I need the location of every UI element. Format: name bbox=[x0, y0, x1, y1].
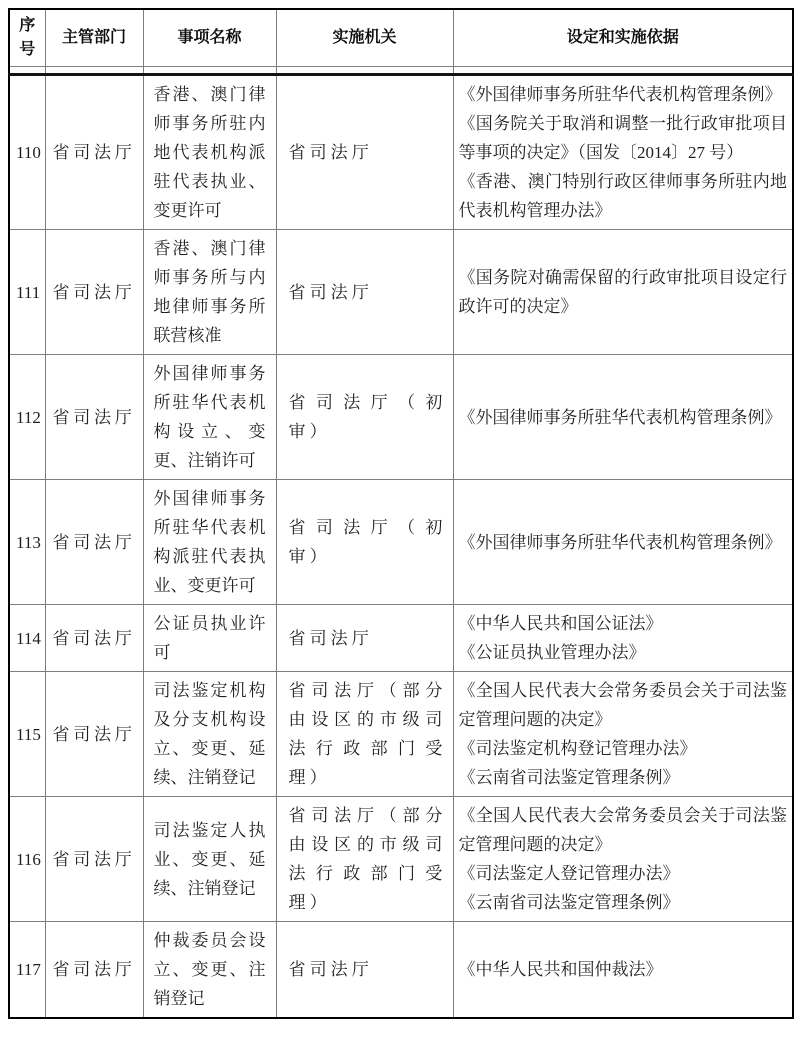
cell-no: 117 bbox=[9, 922, 45, 1019]
table-row: 115省司法厅司法鉴定机构及分支机构设立、变更、延续、注销登记省司法厅（部分由设… bbox=[9, 672, 793, 797]
table-row: 111省司法厅香港、澳门律师事务所与内地律师事务所联营核准省司法厅《国务院对确需… bbox=[9, 230, 793, 355]
header-row: 序号 主管部门 事项名称 实施机关 设定和实施依据 bbox=[9, 9, 793, 67]
cell-dept: 省司法厅 bbox=[45, 672, 143, 797]
basis-law-line: 《外国律师事务所驻华代表机构管理条例》 bbox=[459, 80, 788, 109]
cell-name: 司法鉴定机构及分支机构设立、变更、延续、注销登记 bbox=[143, 672, 276, 797]
cell-dept: 省司法厅 bbox=[45, 75, 143, 230]
cell-dept: 省司法厅 bbox=[45, 480, 143, 605]
cell-basis: 《全国人民代表大会常务委员会关于司法鉴定管理问题的决定》《司法鉴定机构登记管理办… bbox=[453, 672, 793, 797]
cell-no: 115 bbox=[9, 672, 45, 797]
cell-agency: 省司法厅 bbox=[276, 605, 453, 672]
header-separator-row bbox=[9, 67, 793, 75]
basis-law-line: 《司法鉴定人登记管理办法》 bbox=[459, 859, 788, 888]
cell-no: 114 bbox=[9, 605, 45, 672]
separator-cell bbox=[143, 67, 276, 75]
table-body: 110省司法厅香港、澳门律师事务所驻内地代表机构派驻代表执业、变更许可省司法厅《… bbox=[9, 75, 793, 1019]
cell-name: 公证员执业许可 bbox=[143, 605, 276, 672]
basis-law-line: 《全国人民代表大会常务委员会关于司法鉴定管理问题的决定》 bbox=[459, 676, 788, 734]
table-row: 116省司法厅司法鉴定人执业、变更、延续、注销登记省司法厅（部分由设区的市级司法… bbox=[9, 797, 793, 922]
basis-law-line: 《司法鉴定机构登记管理办法》 bbox=[459, 734, 788, 763]
cell-name: 香港、澳门律师事务所与内地律师事务所联营核准 bbox=[143, 230, 276, 355]
table-row: 117省司法厅仲裁委员会设立、变更、注销登记省司法厅《中华人民共和国仲裁法》 bbox=[9, 922, 793, 1019]
table-row: 113省司法厅外国律师事务所驻华代表机构派驻代表执业、变更许可省司法厅（初审）《… bbox=[9, 480, 793, 605]
col-header-dept: 主管部门 bbox=[45, 9, 143, 67]
cell-name: 司法鉴定人执业、变更、延续、注销登记 bbox=[143, 797, 276, 922]
basis-law-line: 《云南省司法鉴定管理条例》 bbox=[459, 888, 788, 917]
basis-law-line: 《全国人民代表大会常务委员会关于司法鉴定管理问题的决定》 bbox=[459, 801, 788, 859]
cell-agency: 省司法厅 bbox=[276, 230, 453, 355]
cell-agency: 省司法厅 bbox=[276, 922, 453, 1019]
cell-agency: 省司法厅（部分由设区的市级司法行政部门受理） bbox=[276, 797, 453, 922]
cell-dept: 省司法厅 bbox=[45, 230, 143, 355]
basis-law-line: 《云南省司法鉴定管理条例》 bbox=[459, 763, 788, 792]
table-header: 序号 主管部门 事项名称 实施机关 设定和实施依据 bbox=[9, 9, 793, 75]
cell-no: 113 bbox=[9, 480, 45, 605]
table-row: 110省司法厅香港、澳门律师事务所驻内地代表机构派驻代表执业、变更许可省司法厅《… bbox=[9, 75, 793, 230]
table-row: 114省司法厅公证员执业许可省司法厅《中华人民共和国公证法》《公证员执业管理办法… bbox=[9, 605, 793, 672]
cell-no: 112 bbox=[9, 355, 45, 480]
separator-cell bbox=[453, 67, 793, 75]
basis-law-line: 《外国律师事务所驻华代表机构管理条例》 bbox=[459, 403, 788, 432]
table-row: 112省司法厅外国律师事务所驻华代表机构设立、变更、注销许可省司法厅（初审）《外… bbox=[9, 355, 793, 480]
basis-law-line: 《中华人民共和国公证法》 bbox=[459, 609, 788, 638]
cell-dept: 省司法厅 bbox=[45, 797, 143, 922]
basis-law-line: 《公证员执业管理办法》 bbox=[459, 638, 788, 667]
cell-dept: 省司法厅 bbox=[45, 922, 143, 1019]
basis-law-line: 《中华人民共和国仲裁法》 bbox=[459, 955, 788, 984]
cell-basis: 《中华人民共和国公证法》《公证员执业管理办法》 bbox=[453, 605, 793, 672]
basis-law-line: 《外国律师事务所驻华代表机构管理条例》 bbox=[459, 528, 788, 557]
cell-dept: 省司法厅 bbox=[45, 355, 143, 480]
cell-name: 外国律师事务所驻华代表机构派驻代表执业、变更许可 bbox=[143, 480, 276, 605]
cell-agency: 省司法厅（初审） bbox=[276, 480, 453, 605]
cell-no: 116 bbox=[9, 797, 45, 922]
cell-basis: 《外国律师事务所驻华代表机构管理条例》 bbox=[453, 480, 793, 605]
cell-basis: 《外国律师事务所驻华代表机构管理条例》《国务院关于取消和调整一批行政审批项目等事… bbox=[453, 75, 793, 230]
cell-basis: 《国务院对确需保留的行政审批项目设定行政许可的决定》 bbox=[453, 230, 793, 355]
cell-no: 110 bbox=[9, 75, 45, 230]
cell-basis: 《中华人民共和国仲裁法》 bbox=[453, 922, 793, 1019]
cell-agency: 省司法厅（初审） bbox=[276, 355, 453, 480]
cell-dept: 省司法厅 bbox=[45, 605, 143, 672]
approval-items-table: 序号 主管部门 事项名称 实施机关 设定和实施依据 110省司法厅香港、澳门律师… bbox=[8, 8, 794, 1019]
col-header-name: 事项名称 bbox=[143, 9, 276, 67]
cell-no: 111 bbox=[9, 230, 45, 355]
basis-law-line: 《国务院对确需保留的行政审批项目设定行政许可的决定》 bbox=[459, 263, 788, 321]
cell-agency: 省司法厅 bbox=[276, 75, 453, 230]
col-header-agency: 实施机关 bbox=[276, 9, 453, 67]
cell-name: 外国律师事务所驻华代表机构设立、变更、注销许可 bbox=[143, 355, 276, 480]
cell-agency: 省司法厅（部分由设区的市级司法行政部门受理） bbox=[276, 672, 453, 797]
separator-cell bbox=[9, 67, 45, 75]
cell-name: 仲裁委员会设立、变更、注销登记 bbox=[143, 922, 276, 1019]
cell-name: 香港、澳门律师事务所驻内地代表机构派驻代表执业、变更许可 bbox=[143, 75, 276, 230]
col-header-basis: 设定和实施依据 bbox=[453, 9, 793, 67]
document-page: 序号 主管部门 事项名称 实施机关 设定和实施依据 110省司法厅香港、澳门律师… bbox=[0, 0, 800, 1046]
separator-cell bbox=[45, 67, 143, 75]
basis-law-line: 《国务院关于取消和调整一批行政审批项目等事项的决定》（国发〔2014〕27 号） bbox=[459, 109, 788, 167]
cell-basis: 《外国律师事务所驻华代表机构管理条例》 bbox=[453, 355, 793, 480]
basis-law-line: 《香港、澳门特别行政区律师事务所驻内地代表机构管理办法》 bbox=[459, 167, 788, 225]
col-header-no: 序号 bbox=[9, 9, 45, 67]
separator-cell bbox=[276, 67, 453, 75]
cell-basis: 《全国人民代表大会常务委员会关于司法鉴定管理问题的决定》《司法鉴定人登记管理办法… bbox=[453, 797, 793, 922]
